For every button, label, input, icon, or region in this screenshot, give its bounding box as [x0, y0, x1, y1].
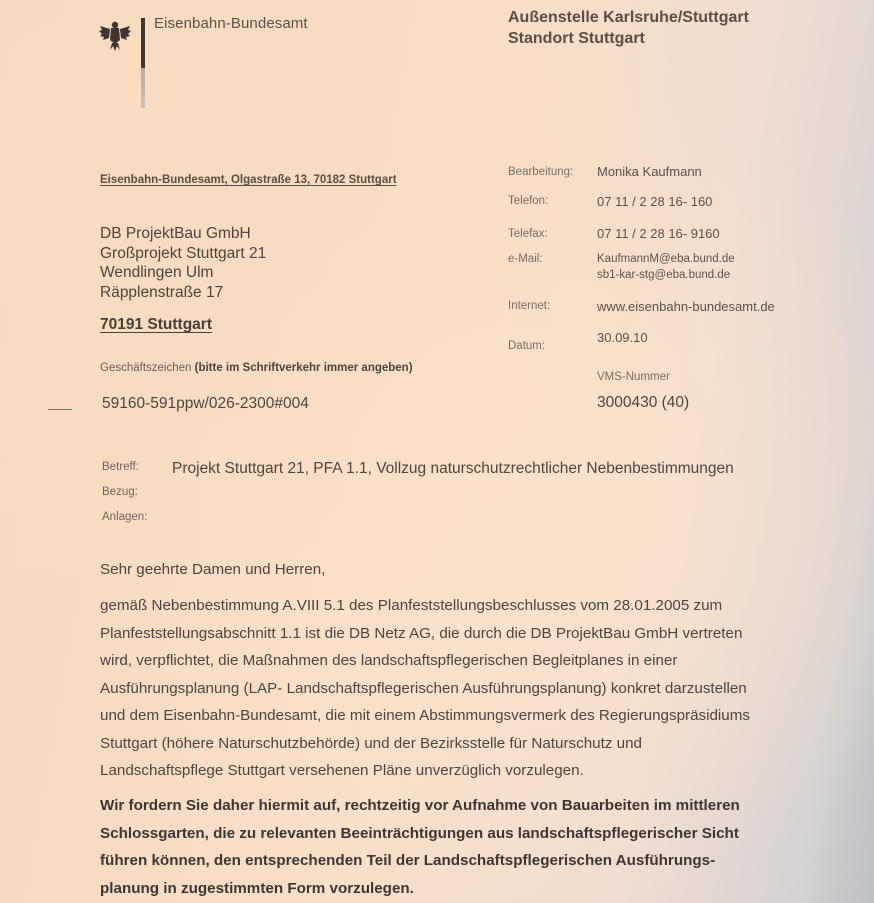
body-line: und dem Eisenbahn-Bundesamt, die mit ein… [100, 702, 750, 730]
body-paragraph-1: gemäß Nebenbestimmung A.VIII 5.1 des Pla… [100, 592, 750, 785]
telefon-label: Telefon: [508, 195, 548, 207]
body-line: Planfeststellungsabschnitt 1.1 ist die D… [100, 620, 750, 648]
recipient-line: Großprojekt Stuttgart 21 [100, 244, 266, 264]
body-paragraph-2: Wir fordern Sie daher hiermit auf, recht… [100, 792, 740, 902]
email-values: KaufmannM@eba.bund.de sb1-kar-stg@eba.bu… [597, 251, 735, 283]
recipient-address: DB ProjektBau GmbH Großprojekt Stuttgart… [100, 224, 266, 302]
bearbeitung-label: Bearbeitung: [508, 166, 573, 178]
office-line-1: Außenstelle Karlsruhe/Stuttgart [508, 7, 749, 28]
body-line: Ausführungsplanung (LAP- Landschaftspfle… [100, 675, 750, 703]
internet-link[interactable]: www.eisenbahn-bundesamt.de [597, 299, 775, 314]
reference-label: Geschäftszeichen (bitte im Schriftverkeh… [100, 362, 413, 374]
federal-eagle-icon [98, 18, 132, 52]
body-line: Schlossgarten, die zu relevanten Beeintr… [100, 820, 740, 848]
betreff-value: Projekt Stuttgart 21, PFA 1.1, Vollzug n… [172, 460, 734, 478]
telefax-label: Telefax: [508, 228, 548, 240]
telefax-value: 07 11 / 2 28 16- 9160 [597, 226, 720, 241]
office-block: Außenstelle Karlsruhe/Stuttgart Standort… [508, 7, 749, 49]
reference-label-text: Geschäftszeichen [100, 362, 191, 374]
datum-value: 30.09.10 [597, 330, 648, 345]
bezug-label: Bezug: [102, 486, 138, 498]
body-line: wird, verpflichtet, die Maßnahmen des la… [100, 647, 750, 675]
recipient-line: Wendlingen Ulm [100, 263, 266, 283]
body-line: Stuttgart (höhere Naturschutzbehörde) un… [100, 730, 750, 758]
betreff-label: Betreff: [102, 461, 139, 473]
body-line: führen können, den entsprechenden Teil d… [100, 847, 740, 875]
office-line-2: Standort Stuttgart [508, 28, 749, 49]
vms-value: 3000430 (40) [597, 394, 689, 412]
body-line: Wir fordern Sie daher hiermit auf, recht… [100, 792, 740, 820]
sender-return-address: Eisenbahn-Bundesamt, Olgastraße 13, 7018… [100, 174, 397, 186]
reference-value: 59160-591ppw/026-2300#004 [102, 395, 309, 413]
recipient-city: 70191 Stuttgart [100, 316, 212, 334]
anlagen-label: Anlagen: [102, 511, 147, 523]
telefon-value: 07 11 / 2 28 16- 160 [597, 194, 712, 209]
body-line: gemäß Nebenbestimmung A.VIII 5.1 des Pla… [100, 592, 750, 620]
email-link[interactable]: sb1-kar-stg@eba.bund.de [597, 267, 735, 283]
body-line: planung in zugestimmten Form vorzulegen. [100, 875, 740, 903]
fold-mark [48, 409, 72, 410]
datum-label: Datum: [508, 340, 545, 352]
salutation: Sehr geehrte Damen und Herren, [100, 556, 325, 584]
agency-name: Eisenbahn-Bundesamt [154, 15, 308, 32]
recipient-line: Räpplenstraße 17 [100, 283, 266, 303]
reference-label-note: (bitte im Schriftverkehr immer angeben) [195, 362, 413, 374]
recipient-line: DB ProjektBau GmbH [100, 224, 266, 244]
bearbeitung-value: Monika Kaufmann [597, 164, 702, 179]
body-line: Landschaftspflege Stuttgart versehenen P… [100, 757, 750, 785]
letterhead-divider [141, 18, 145, 108]
email-link[interactable]: KaufmannM@eba.bund.de [597, 251, 735, 267]
internet-label: Internet: [508, 300, 550, 312]
vms-label: VMS-Nummer [597, 371, 670, 383]
email-label: e-Mail: [508, 253, 543, 265]
